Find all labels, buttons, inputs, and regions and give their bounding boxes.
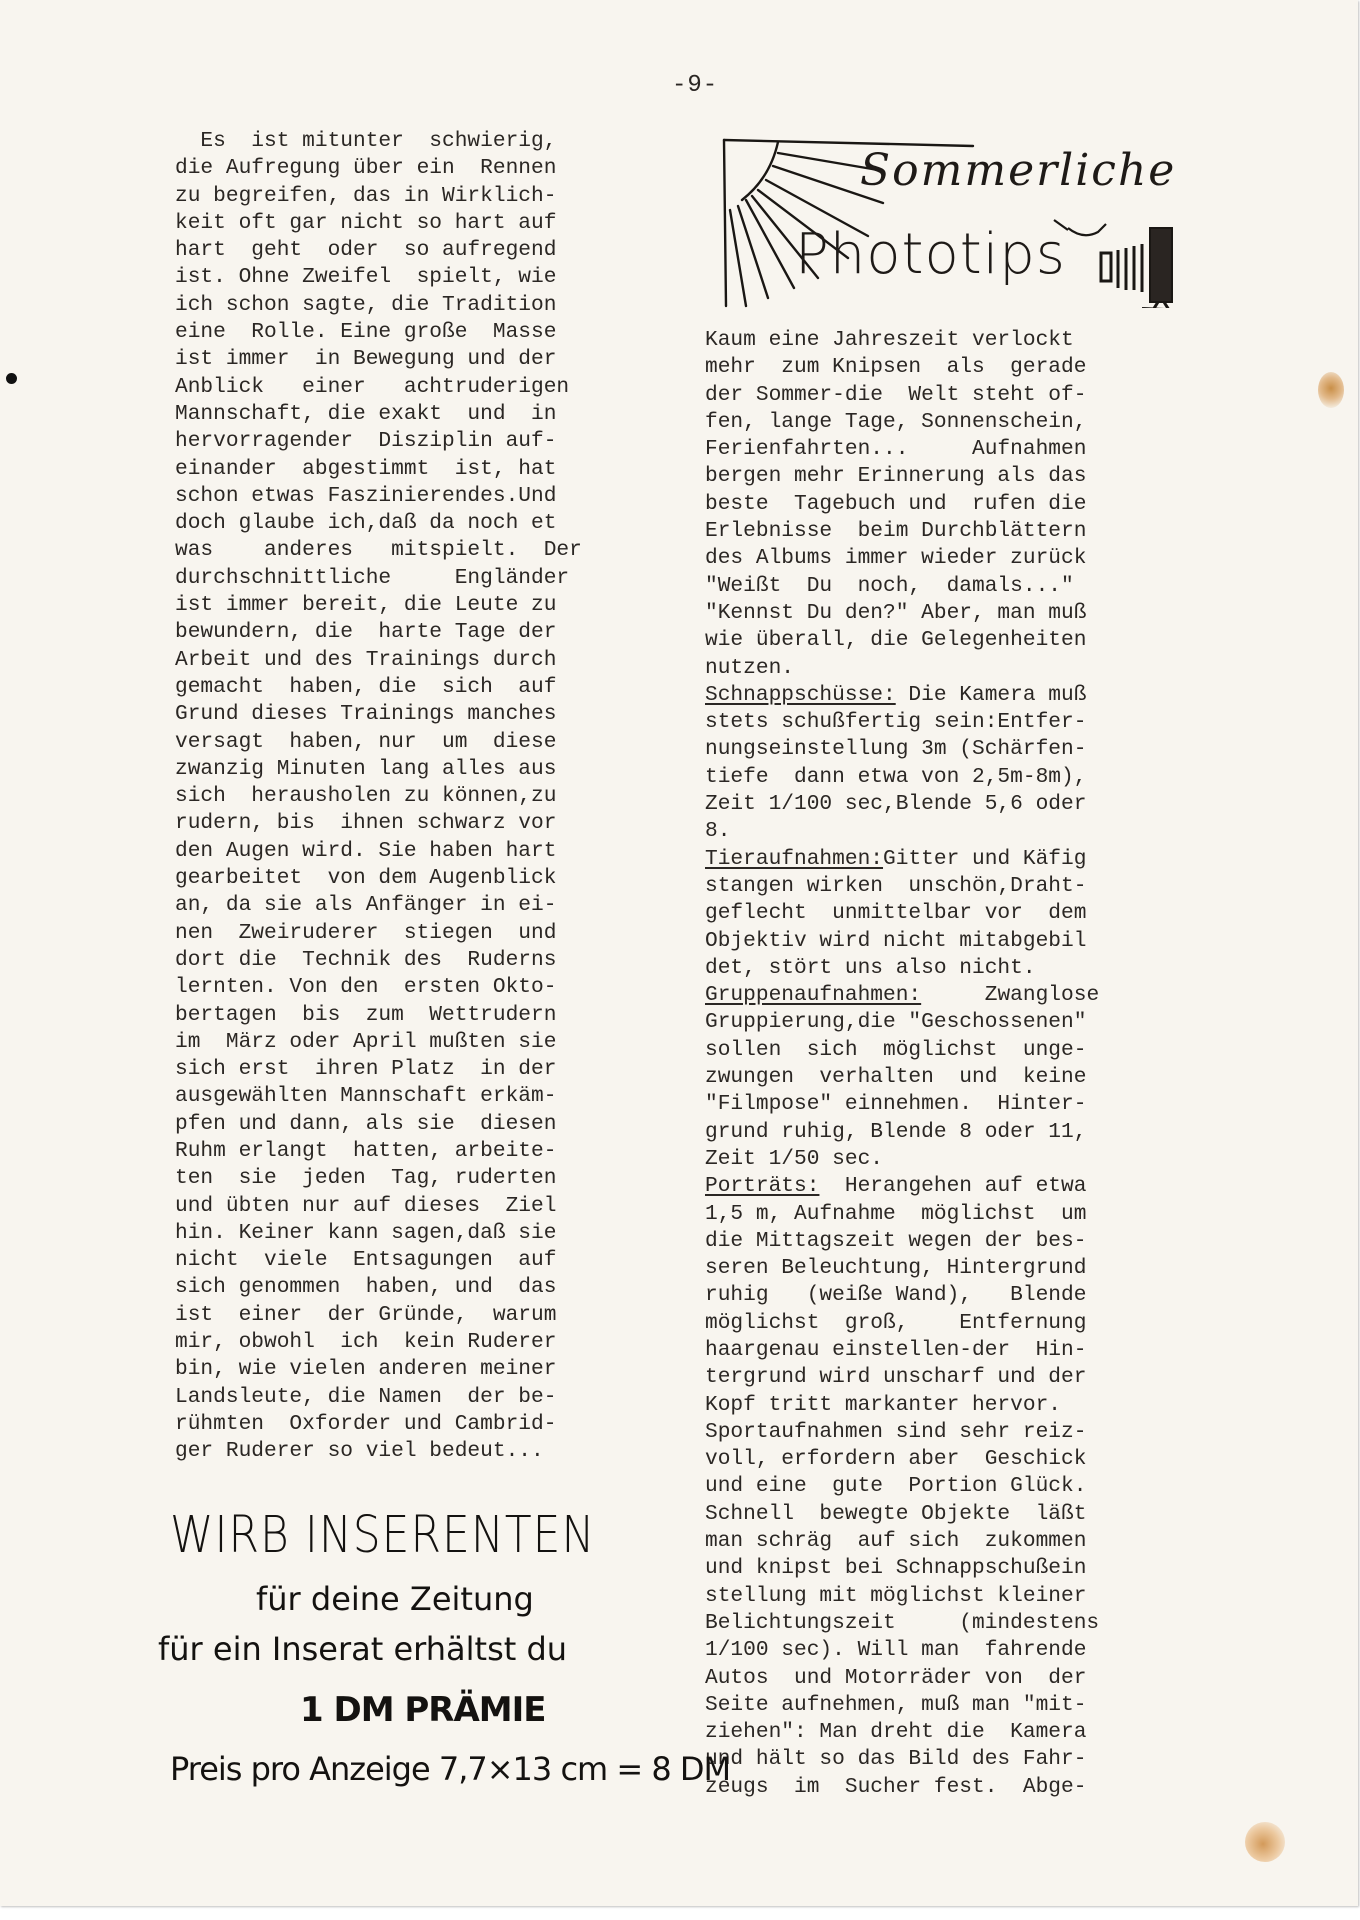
paper-stain [1245,1822,1285,1862]
section-heading-line: Schnappschüsse: Die Kamera muß [705,682,1225,709]
text-line: dort die Technik des Ruderns [175,947,675,974]
text-line: gemacht haben, die sich auf [175,674,675,701]
text-line: sollen sich möglichst unge- [705,1037,1225,1064]
text-line: ist einer der Gründe, warum [175,1302,675,1329]
text-line: ist immer in Bewegung und der [175,346,675,373]
handwritten-advertisement: WIRB INSERENTEN für deine Zeitung für ei… [150,1500,690,1790]
section-heading-line: Porträts: Herangehen auf etwa [705,1173,1225,1200]
text-line: ruhig (weiße Wand), Blende [705,1282,1225,1309]
section-heading: Gruppenaufnahmen: [705,983,921,1007]
text-line: doch glaube ich,daß da noch et [175,510,675,537]
text-line: Ruhm erlangt hatten, arbeite- [175,1138,675,1165]
page-number: -9- [672,72,718,99]
text-line: bewundern, die harte Tage der [175,619,675,646]
text-line: Es ist mitunter schwierig, [175,128,675,155]
text-line: die Mittagszeit wegen der bes- [705,1228,1225,1255]
text-line: ich schon sagte, die Tradition [175,292,675,319]
text-line: eine Rolle. Eine große Masse [175,319,675,346]
section-heading: Tieraufnahmen: [705,847,883,871]
text-line: Sportaufnahmen sind sehr reiz- [705,1419,1225,1446]
text-line: und eine gute Portion Glück. [705,1473,1225,1500]
text-line: der Sommer-die Welt steht of- [705,382,1225,409]
text-line: an, da sie als Anfänger in ei- [175,892,675,919]
text-line: durchschnittliche Engländer [175,565,675,592]
text-line: ausgewählten Mannschaft erkäm- [175,1083,675,1110]
text-line: und knipst bei Schnappschußein [705,1555,1225,1582]
text-line: Seite aufnehmen, muß man "mit- [705,1692,1225,1719]
text-line: beste Tagebuch und rufen die [705,491,1225,518]
text-line: Erlebnisse beim Durchblättern [705,518,1225,545]
ad-subline: für deine Zeitung [256,1580,534,1618]
text-line: nicht viele Entsagungen auf [175,1247,675,1274]
text-line: sich erst ihren Platz in der [175,1056,675,1083]
article-rowing: Es ist mitunter schwierig,die Aufregung … [175,128,675,1466]
text-line: Belichtungszeit (mindestens [705,1610,1225,1637]
text-line: Grund dieses Trainings manches [175,701,675,728]
header-title-sommerliche: Sommerliche [860,145,1176,196]
ink-dot [6,373,17,384]
text-line: stets schußfertig sein:Entfer- [705,709,1225,736]
header-title-phototips: Phototips [795,222,1066,287]
text-line: det, stört uns also nicht. [705,955,1225,982]
text-line: wie überall, die Gelegenheiten [705,627,1225,654]
text-line: mehr zum Knipsen als gerade [705,354,1225,381]
text-line: geflecht unmittelbar vor dem [705,900,1225,927]
text-line: haargenau einstellen-der Hin- [705,1337,1225,1364]
text-line: man schräg auf sich zukommen [705,1528,1225,1555]
text-line: grund ruhig, Blende 8 oder 11, [705,1119,1225,1146]
text-line: tergrund wird unscharf und der [705,1364,1225,1391]
text-line: zwungen verhalten und keine [705,1064,1225,1091]
text-line: mir, obwohl ich kein Ruderer [175,1329,675,1356]
text-line: stangen wirken unschön,Draht- [705,873,1225,900]
text-line: und übten nur auf dieses Ziel [175,1193,675,1220]
text-line: Zeit 1/50 sec. [705,1146,1225,1173]
text-line: rühmten Oxforder und Cambrid- [175,1411,675,1438]
text-line: bin, wie vielen anderen meiner [175,1356,675,1383]
ad-price: Preis pro Anzeige 7,7×13 cm = 8 DM [170,1750,730,1788]
text-line: ger Ruderer so viel bedeut... [175,1438,675,1465]
text-line: möglichst groß, Entfernung [705,1310,1225,1337]
text-line: tiefe dann etwa von 2,5m-8m), [705,764,1225,791]
text-line: stellung mit möglichst kleiner [705,1583,1225,1610]
text-line: ist immer bereit, die Leute zu [175,592,675,619]
text-line: ist. Ohne Zweifel spielt, wie [175,264,675,291]
text-line: nungseinstellung 3m (Schärfen- [705,736,1225,763]
text-line: Arbeit und des Trainings durch [175,647,675,674]
text-line: lernten. Von den ersten Okto- [175,974,675,1001]
text-line: nutzen. [705,655,1225,682]
text-line: pfen und dann, als sie diesen [175,1111,675,1138]
text-line: im März oder April mußten sie [175,1029,675,1056]
text-line: zeugs im Sucher fest. Abge- [705,1774,1225,1801]
text-line: ten sie jeden Tag, ruderten [175,1165,675,1192]
document-page: -9- Es ist mitunter schwierig,die Aufreg… [0,0,1358,1906]
text-line: Schnell bewegte Objekte läßt [705,1501,1225,1528]
text-line: voll, erfordern aber Geschick [705,1446,1225,1473]
text-line: 1/100 sec). Will man fahrende [705,1637,1225,1664]
text-line: den Augen wird. Sie haben hart [175,838,675,865]
text-line: "Filmpose" einnehmen. Hinter- [705,1091,1225,1118]
text-line: schon etwas Faszinierendes.Und [175,483,675,510]
section-heading-line: Gruppenaufnahmen: Zwanglose [705,982,1225,1009]
ad-offer: für ein Inserat erhältst du [158,1630,567,1668]
text-line: was anderes mitspielt. Der [175,537,675,564]
text-line: Ferienfahrten... Aufnahmen [705,436,1225,463]
section-heading: Porträts: [705,1174,819,1198]
text-line: keit oft gar nicht so hart auf [175,210,675,237]
text-line: zu begreifen, das in Wirklich- [175,183,675,210]
text-line: Gruppierung,die "Geschossenen" [705,1009,1225,1036]
text-line: Kopf tritt markanter hervor. [705,1392,1225,1419]
text-line: Zeit 1/100 sec,Blende 5,6 oder [705,791,1225,818]
text-line: bertagen bis zum Wettrudern [175,1002,675,1029]
text-line: bergen mehr Erinnerung als das [705,463,1225,490]
text-line: zwanzig Minuten lang alles aus [175,756,675,783]
text-line: seren Beleuchtung, Hintergrund [705,1255,1225,1282]
text-line: des Albums immer wieder zurück [705,545,1225,572]
paper-stain [1318,372,1344,408]
text-line: ziehen": Man dreht die Kamera [705,1719,1225,1746]
text-line: "Weißt Du noch, damals..." [705,573,1225,600]
text-line: 1,5 m, Aufnahme möglichst um [705,1201,1225,1228]
text-line: einander abgestimmt ist, hat [175,456,675,483]
section-heading: Schnappschüsse: [705,683,896,707]
text-line: 8. [705,818,1225,845]
article-phototips: Kaum eine Jahreszeit verlocktmehr zum Kn… [705,327,1225,1801]
text-line: hervorragender Disziplin auf- [175,428,675,455]
text-line: sich genommen haben, und das [175,1274,675,1301]
text-line: und hält so das Bild des Fahr- [705,1746,1225,1773]
text-line: rudern, bis ihnen schwarz vor [175,810,675,837]
text-line: "Kennst Du den?" Aber, man muß [705,600,1225,627]
text-line: versagt haben, nur um diese [175,729,675,756]
text-line: Objektiv wird nicht mitabgebil [705,928,1225,955]
text-line: gearbeitet von dem Augenblick [175,865,675,892]
section-heading-line: Tieraufnahmen:Gitter und Käfig [705,846,1225,873]
ad-headline: WIRB INSERENTEN [170,1506,595,1565]
text-line: Anblick einer achtruderigen [175,374,675,401]
text-line: Autos und Motorräder von der [705,1665,1225,1692]
text-line: nen Zweiruderer stiegen und [175,920,675,947]
text-line: Landsleute, die Namen der be- [175,1384,675,1411]
ad-bonus: 1 DM PRÄMIE [300,1690,546,1730]
text-line: Kaum eine Jahreszeit verlockt [705,327,1225,354]
text-line: hin. Keiner kann sagen,daß sie [175,1220,675,1247]
text-line: Mannschaft, die exakt und in [175,401,675,428]
text-line: sich herausholen zu können,zu [175,783,675,810]
text-line: hart geht oder so aufregend [175,237,675,264]
text-line: die Aufregung über ein Rennen [175,155,675,182]
text-line: fen, lange Tage, Sonnenschein, [705,409,1225,436]
